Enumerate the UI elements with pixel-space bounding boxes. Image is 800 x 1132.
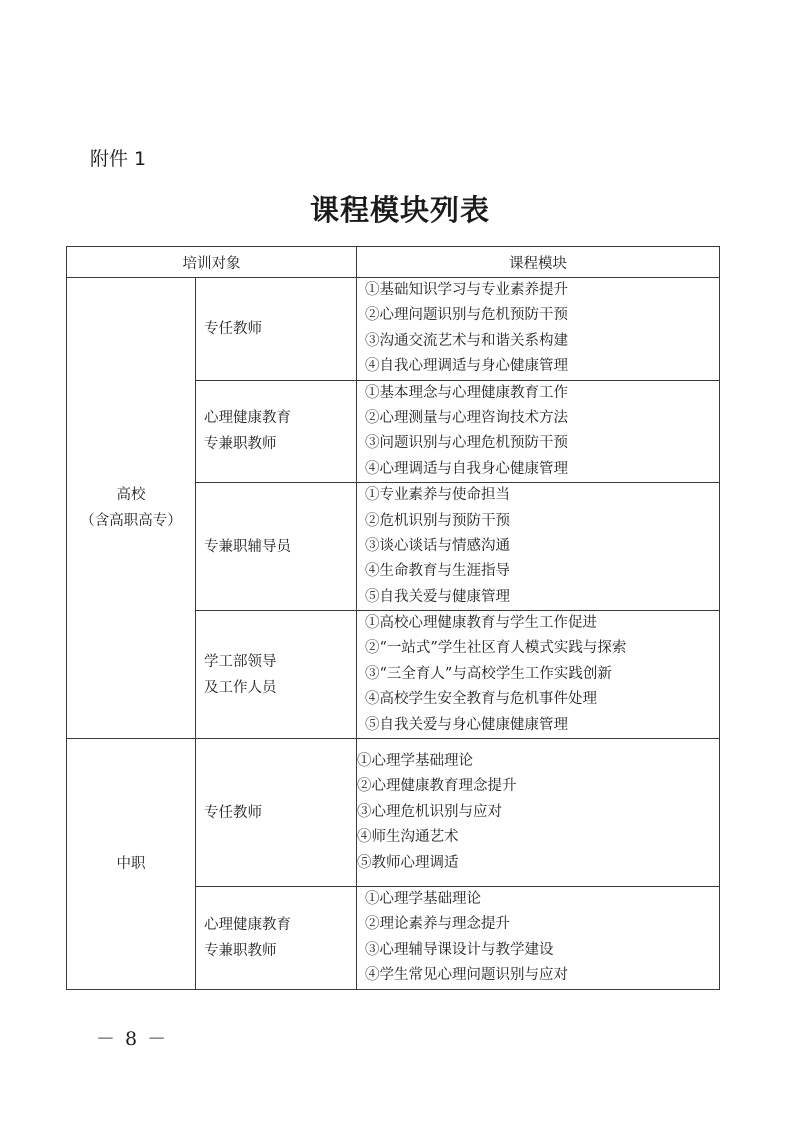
target-cell: 心理健康教育 专兼职教师 [196,886,357,989]
target-cell: 专兼职辅导员 [196,483,357,611]
target-label: 专任教师 [204,800,356,826]
attachment-label: 附件 1 [90,144,146,171]
target-label: 专兼职辅导员 [204,534,356,560]
module-item: ④高校学生安全教育与危机事件处理 [365,687,719,712]
module-item: ④师生沟通艺术 [357,825,719,850]
module-item: ②理论素养与理念提升 [365,912,719,937]
module-item: ②心理问题识别与危机预防干预 [365,303,719,328]
module-item: ③问题识别与心理危机预防干预 [365,431,719,456]
target-label: 专任教师 [204,316,356,342]
module-item: ③谈心谈话与情感沟通 [365,534,719,559]
target-label: 及工作人员 [204,675,356,701]
module-item: ④自我心理调适与身心健康管理 [365,354,719,379]
table-row: 中职 专任教师 ①心理学基础理论 ②心理健康教育理念提升 ③心理危机识别与应对 … [67,739,720,887]
category-label: 高校 [67,482,195,508]
module-item: ②“一站式”学生社区育人模式实践与探索 [365,636,719,661]
page-number: － 8 － [96,1024,168,1051]
module-item: ①基础知识学习与专业素养提升 [365,278,719,303]
module-item: ②危机识别与预防干预 [365,509,719,534]
module-item: ①基本理念与心理健康教育工作 [365,381,719,406]
modules-cell: ①高校心理健康教育与学生工作促进 ②“一站式”学生社区育人模式实践与探索 ③“三… [357,611,720,739]
module-item: ③沟通交流艺术与和谐关系构建 [365,329,719,354]
category-cell: 高校 （含高职高专） [67,278,196,739]
module-item: ③“三全育人”与高校学生工作实践创新 [365,662,719,687]
category-sublabel: （含高职高专） [67,508,195,534]
target-label: 专兼职教师 [204,431,356,457]
table-header-row: 培训对象 课程模块 [67,247,720,278]
table-row: 高校 （含高职高专） 专任教师 ①基础知识学习与专业素养提升 ②心理问题识别与危… [67,278,720,381]
header-course-module: 课程模块 [357,247,720,278]
modules-cell: ①基本理念与心理健康教育工作 ②心理测量与心理咨询技术方法 ③问题识别与心理危机… [357,380,720,483]
module-item: ②心理测量与心理咨询技术方法 [365,406,719,431]
modules-cell: ①基础知识学习与专业素养提升 ②心理问题识别与危机预防干预 ③沟通交流艺术与和谐… [357,278,720,381]
module-item: ⑤自我关爱与健康管理 [365,585,719,610]
module-item: ①专业素养与使命担当 [365,483,719,508]
module-item: ⑤自我关爱与身心健康健康管理 [365,713,719,738]
module-item: ①心理学基础理论 [357,749,719,774]
module-item: ④学生常见心理问题识别与应对 [365,963,719,988]
module-item: ④心理调适与自我身心健康管理 [365,457,719,482]
target-label: 心理健康教育 [204,912,356,938]
module-item: ①高校心理健康教育与学生工作促进 [365,611,719,636]
target-cell: 心理健康教育 专兼职教师 [196,380,357,483]
module-item: ①心理学基础理论 [365,887,719,912]
modules-cell: ①专业素养与使命担当 ②危机识别与预防干预 ③谈心谈话与情感沟通 ④生命教育与生… [357,483,720,611]
header-training-target: 培训对象 [67,247,357,278]
target-cell: 学工部领导 及工作人员 [196,611,357,739]
target-label: 专兼职教师 [204,938,356,964]
category-cell: 中职 [67,739,196,990]
target-label: 心理健康教育 [204,405,356,431]
target-cell: 专任教师 [196,739,357,887]
modules-cell: ①心理学基础理论 ②理论素养与理念提升 ③心理辅导课设计与教学建设 ④学生常见心… [357,886,720,989]
target-label: 学工部领导 [204,649,356,675]
page-title: 课程模块列表 [0,188,800,229]
module-item: ⑤教师心理调适 [357,851,719,876]
module-item: ③心理辅导课设计与教学建设 [365,938,719,963]
category-label: 中职 [67,851,195,877]
module-item: ④生命教育与生涯指导 [365,559,719,584]
course-module-table: 培训对象 课程模块 高校 （含高职高专） 专任教师 ①基础知识学习与专业素养提升… [66,246,720,990]
module-item: ③心理危机识别与应对 [357,800,719,825]
module-item: ②心理健康教育理念提升 [357,774,719,799]
target-cell: 专任教师 [196,278,357,381]
modules-cell: ①心理学基础理论 ②心理健康教育理念提升 ③心理危机识别与应对 ④师生沟通艺术 … [357,739,720,887]
